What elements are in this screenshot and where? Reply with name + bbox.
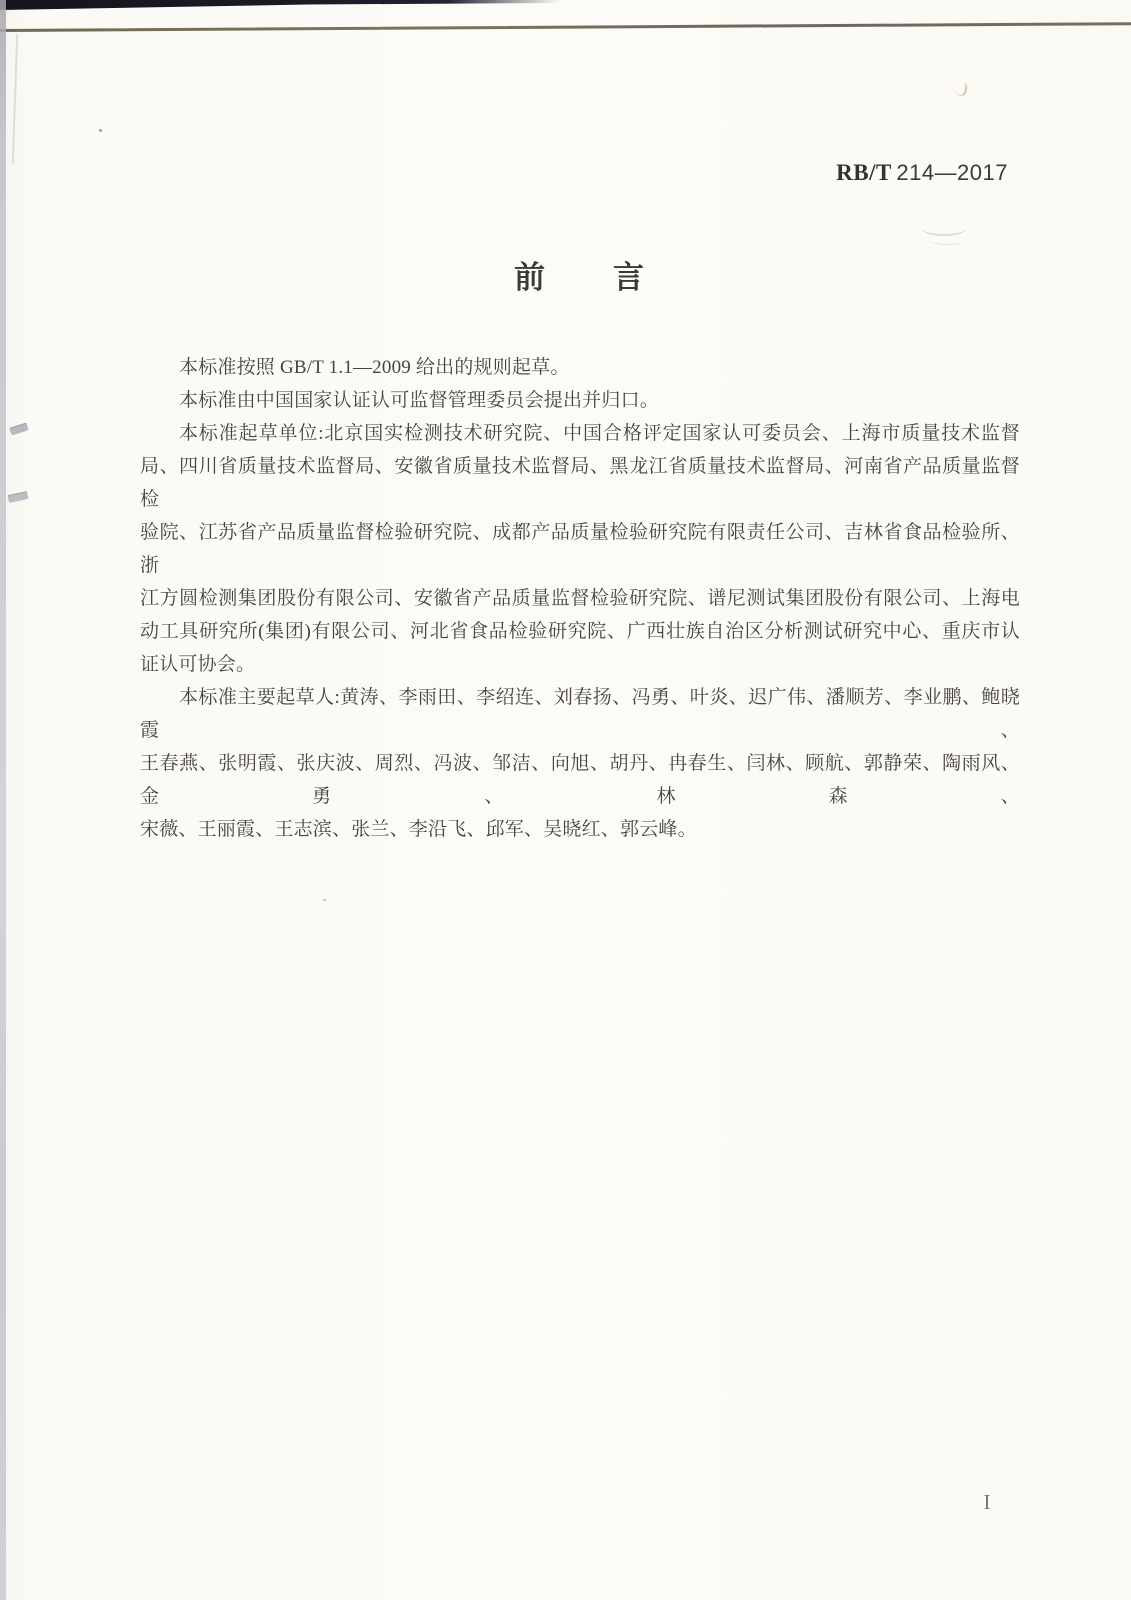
standard-code: RB/T 214—2017 <box>140 160 1008 186</box>
standard-code-number: 214—2017 <box>896 160 1008 185</box>
foreword-body: 本标准按照 GB/T 1.1—2009 给出的规则起草。 本标准由中国国家认证认… <box>140 351 1020 846</box>
staple-mark <box>9 422 29 435</box>
scan-page-edge-line <box>0 22 1131 31</box>
scan-paper-crease <box>12 34 19 164</box>
scan-smudge <box>930 236 964 245</box>
scanned-document-page: RB/T 214—2017 前 言 本标准按照 GB/T 1.1—2009 给出… <box>0 0 1131 1600</box>
standard-code-prefix: RB/T <box>836 160 892 185</box>
scan-smudge <box>922 222 966 236</box>
scan-top-shadow <box>0 0 560 10</box>
page-number: I <box>972 1490 1002 1515</box>
body-line: 宋薇、王丽霞、王志滨、张兰、李沿飞、邱军、吴晓红、郭云峰。 <box>140 813 1020 846</box>
body-line: 江方圆检测集团股份有限公司、安徽省产品质量监督检验研究院、谱尼测试集团股份有限公… <box>140 582 1020 615</box>
body-line: 本标准由中国国家认证认可监督管理委员会提出并归口。 <box>140 384 1020 417</box>
foreword-title: 前 言 <box>140 252 1020 297</box>
scan-speck <box>99 129 102 132</box>
scan-left-edge-shadow <box>0 0 6 1600</box>
body-line: 动工具研究所(集团)有限公司、河北省食品检验研究院、广西壮族自治区分析测试研究中… <box>140 615 1020 648</box>
body-line: 证认可协会。 <box>140 648 1020 681</box>
body-line: 局、四川省质量技术监督局、安徽省质量技术监督局、黑龙江省质量技术监督局、河南省产… <box>140 450 1020 516</box>
scan-smudge <box>954 81 968 97</box>
body-line: 验院、江苏省产品质量监督检验研究院、成都产品质量检验研究院有限责任公司、吉林省食… <box>140 516 1020 582</box>
body-line: 本标准起草单位:北京国实检测技术研究院、中国合格评定国家认可委员会、上海市质量技… <box>140 417 1020 450</box>
body-line: 本标准按照 GB/T 1.1—2009 给出的规则起草。 <box>140 351 1020 384</box>
body-line: 王春燕、张明霞、张庆波、周烈、冯波、邹洁、向旭、胡丹、冉春生、闫林、顾航、郭静荣… <box>140 747 1020 813</box>
scan-speck <box>323 899 326 901</box>
staple-mark <box>7 491 28 503</box>
body-line: 本标准主要起草人:黄涛、李雨田、李绍连、刘春扬、冯勇、叶炎、迟广伟、潘顺芳、李业… <box>140 681 1020 747</box>
